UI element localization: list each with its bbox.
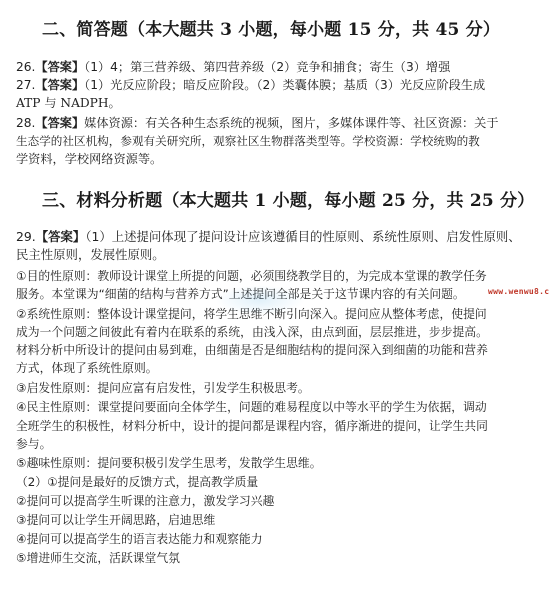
- answer-tag: 【答案】: [35, 78, 84, 92]
- answer-q26: 26.【答案】（1）4；第三营养级、第四营养级（2）竞争和捕食；寄生（3）增强: [16, 59, 450, 76]
- answer-q28-line2: 生态学的社区机构，参观有关研究所，观察社区生物群落类型等。学校资源：学校统购的教: [16, 133, 480, 150]
- answer-q29-line: 材料分析中所设计的提问由易到难，由细菌是否是细胞结构的提问深入到细菌的功能和营养: [16, 342, 488, 359]
- answer-q29-line: （2）①提问是最好的反馈方式，提高教学质量: [16, 474, 258, 491]
- section-title-short-answer: 二、简答题（本大题共 3 小题，每小题 15 分，共 45 分）: [42, 15, 500, 40]
- answer-q29-line: 方式，体现了系统性原则。: [16, 360, 158, 377]
- answer-text: （1）4；第三营养级、第四营养级（2）竞争和捕食；寄生（3）增强: [84, 60, 450, 74]
- answer-q28: 28.【答案】媒体资源：有关各种生态系统的视频，图片，多媒体课件等、社区资源：关…: [16, 115, 499, 132]
- answer-q29-line: ⑤趣味性原则：提问要积极引发学生思考，发散学生思维。: [16, 455, 322, 472]
- section-title-material-analysis: 三、材料分析题（本大题共 1 小题，每小题 25 分，共 25 分）: [42, 186, 534, 211]
- answer-tag: 【答案】: [35, 60, 84, 74]
- answer-q28-line3: 学资料，学校网络资源等。: [16, 151, 162, 168]
- answer-q29-line: ④提问可以提高学生的语言表达能力和观察能力: [16, 531, 263, 548]
- answer-q29-line: 全班学生的积极性，材料分析中，设计的提问都是课程内容，循序渐进的提问，让学生共同: [16, 418, 488, 435]
- answer-q29-line: ④民主性原则：课堂提问要面向全体学生，问题的难易程度以中等水平的学生为依据，调动: [16, 399, 487, 416]
- question-number: 29.: [16, 229, 36, 244]
- answer-q29-line: 参与。: [16, 436, 51, 453]
- answer-q29-line: ②提问可以提高学生听课的注意力，激发学习兴趣: [16, 493, 274, 510]
- answer-q29-line: 成为一个问题之间彼此有着内在联系的系统，由浅入深，由点到面，层层推进，步步提高。: [16, 324, 488, 341]
- question-number: 26.: [16, 60, 35, 74]
- answer-q29-line: ③提问可以让学生开阔思路，启迪思维: [16, 512, 215, 529]
- answer-q27-continued: ATP 与 NADPH。: [16, 95, 121, 112]
- answer-q29-line: ⑤增进师生交流，活跃课堂气氛: [16, 550, 180, 567]
- answer-q29-line: ②系统性原则：整体设计课堂提问，将学生思维不断引向深入。提问应从整体考虑，使提问: [16, 306, 487, 323]
- question-number: 27.: [16, 78, 35, 92]
- answer-q29-line: 服务。本堂课为“细菌的结构与营养方式”上述提问全部是关于这节课内容的有关问题。: [16, 286, 465, 303]
- answer-text: （1）上述提问体现了提问设计应该遵循目的性原则、系统性原则、启发性原则、: [85, 229, 520, 244]
- answer-text: 媒体资源：有关各种生态系统的视频，图片，多媒体课件等、社区资源：关于: [84, 116, 498, 130]
- answer-tag: 【答案】: [35, 116, 84, 130]
- answer-q27: 27.【答案】（1）光反应阶段；暗反应阶段。（2）类囊体膜；基质（3）光反应阶段…: [16, 77, 485, 94]
- answer-q29-line: ③启发性原则：提问应富有启发性，引发学生积极思考。: [16, 380, 310, 397]
- answer-tag: 【答案】: [36, 229, 86, 244]
- question-number: 28.: [16, 116, 35, 130]
- watermark-site-text: www.wenwu8.c: [488, 287, 549, 296]
- answer-q29-line: ①目的性原则：教师设计课堂上所提的问题，必须围绕教学目的，为完成本堂课的教学任务: [16, 268, 487, 285]
- answer-text: （1）光反应阶段；暗反应阶段。（2）类囊体膜；基质（3）光反应阶段生成: [84, 78, 485, 92]
- answer-q29-line: 民主性原则，发展性原则。: [16, 246, 165, 263]
- answer-q29: 29.【答案】（1）上述提问体现了提问设计应该遵循目的性原则、系统性原则、启发性…: [16, 228, 521, 245]
